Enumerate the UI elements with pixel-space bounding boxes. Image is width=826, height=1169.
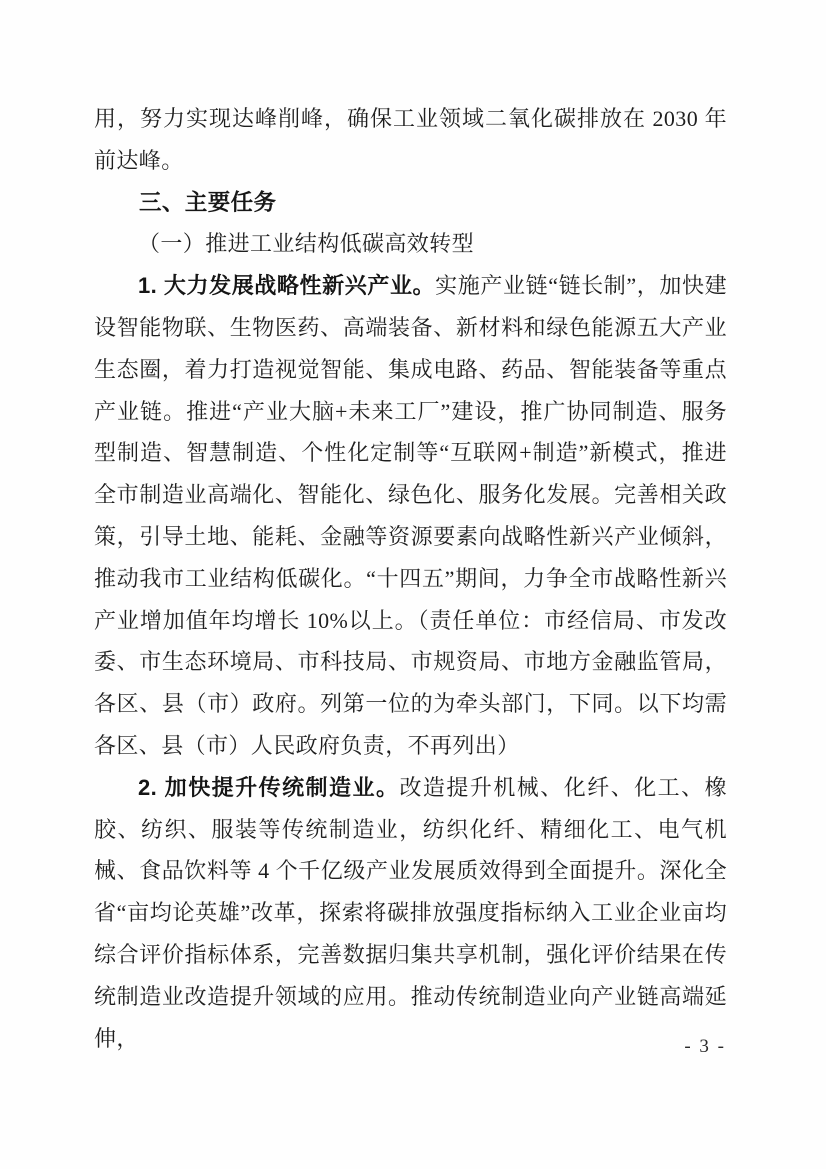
document-body: 用，努力实现达峰削峰，确保工业领域二氧化碳排放在 2030 年前达峰。 三、主要… xyxy=(94,98,727,1059)
subsection-heading: （一）推进工业结构低碳高效转型 xyxy=(94,223,727,265)
page-number: - 3 - xyxy=(684,1036,726,1058)
task-paragraph-2-lead: 2. 加快提升传统制造业。 xyxy=(138,775,399,800)
task-paragraph-2: 2. 加快提升传统制造业。改造提升机械、化纤、化工、橡胶、纺织、服装等传统制造业… xyxy=(94,767,727,1060)
document-page: 用，努力实现达峰削峰，确保工业领域二氧化碳排放在 2030 年前达峰。 三、主要… xyxy=(0,0,826,1169)
task-paragraph-2-body: 改造提升机械、化纤、化工、橡胶、纺织、服装等传统制造业，纺织化纤、精细化工、电气… xyxy=(94,775,727,1051)
continuation-paragraph: 用，努力实现达峰削峰，确保工业领域二氧化碳排放在 2030 年前达峰。 xyxy=(94,98,727,182)
task-paragraph-1: 1. 大力发展战略性新兴产业。实施产业链“链长制”，加快建设智能物联、生物医药、… xyxy=(94,265,727,767)
section-heading: 三、主要任务 xyxy=(94,182,727,224)
task-paragraph-1-lead: 1. 大力发展战略性新兴产业。 xyxy=(138,273,435,298)
task-paragraph-1-body: 实施产业链“链长制”，加快建设智能物联、生物医药、高端装备、新材料和绿色能源五大… xyxy=(94,273,727,758)
